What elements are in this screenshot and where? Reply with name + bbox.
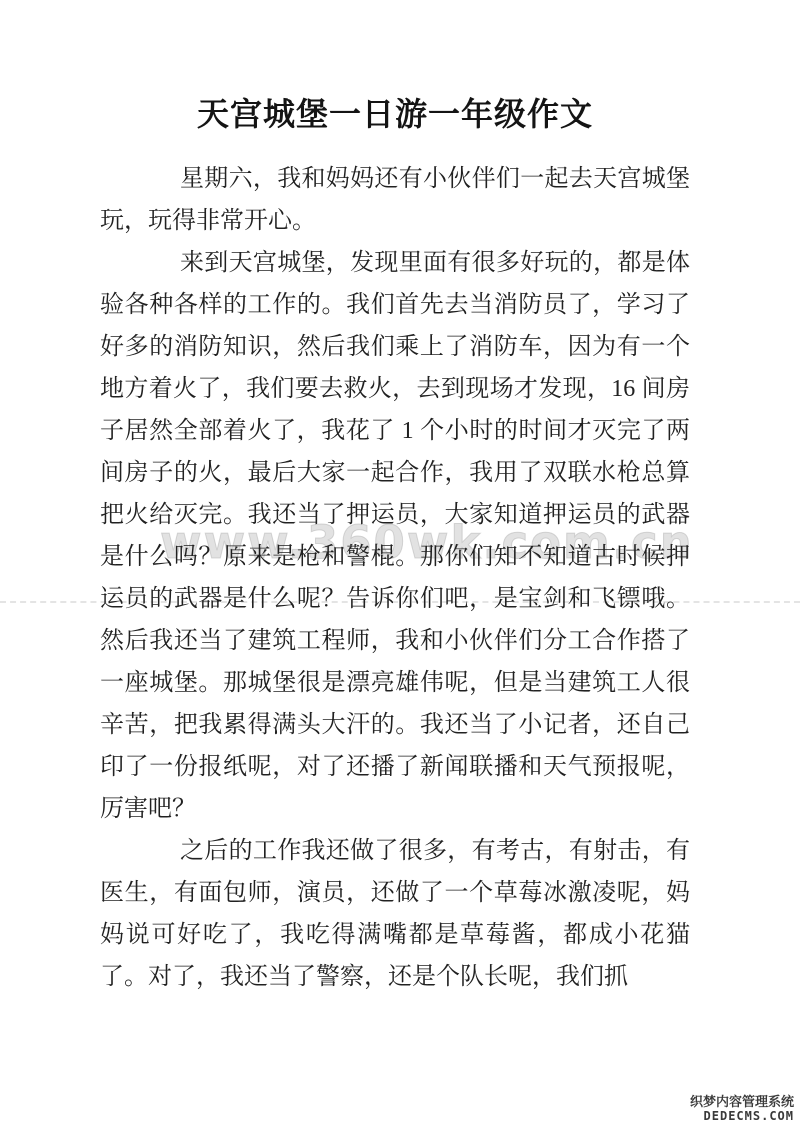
essay-paragraph: 之后的工作我还做了很多，有考古，有射击，有医生，有面包师，演员，还做了一个草莓冰…	[100, 830, 690, 998]
dedecms-logo-domain-text: DEDECMS.COM	[690, 1110, 794, 1123]
essay-paragraph: 星期六，我和妈妈还有小伙伴们一起去天宫城堡玩，玩得非常开心。	[100, 158, 690, 242]
dedecms-logo-cn-text: 织梦内容管理系统	[690, 1096, 794, 1110]
document-page: 天宫城堡一日游一年级作文 星期六，我和妈妈还有小伙伴们一起去天宫城堡玩，玩得非常…	[0, 0, 800, 1132]
essay-body: 星期六，我和妈妈还有小伙伴们一起去天宫城堡玩，玩得非常开心。 来到天宫城堡，发现…	[100, 158, 690, 998]
page-title: 天宫城堡一日游一年级作文	[100, 92, 690, 136]
dedecms-logo: 织梦内容管理系统 DEDECMS.COM	[690, 1096, 794, 1123]
essay-paragraph: 来到天宫城堡，发现里面有很多好玩的，都是体验各种各样的工作的。我们首先去当消防员…	[100, 242, 690, 830]
